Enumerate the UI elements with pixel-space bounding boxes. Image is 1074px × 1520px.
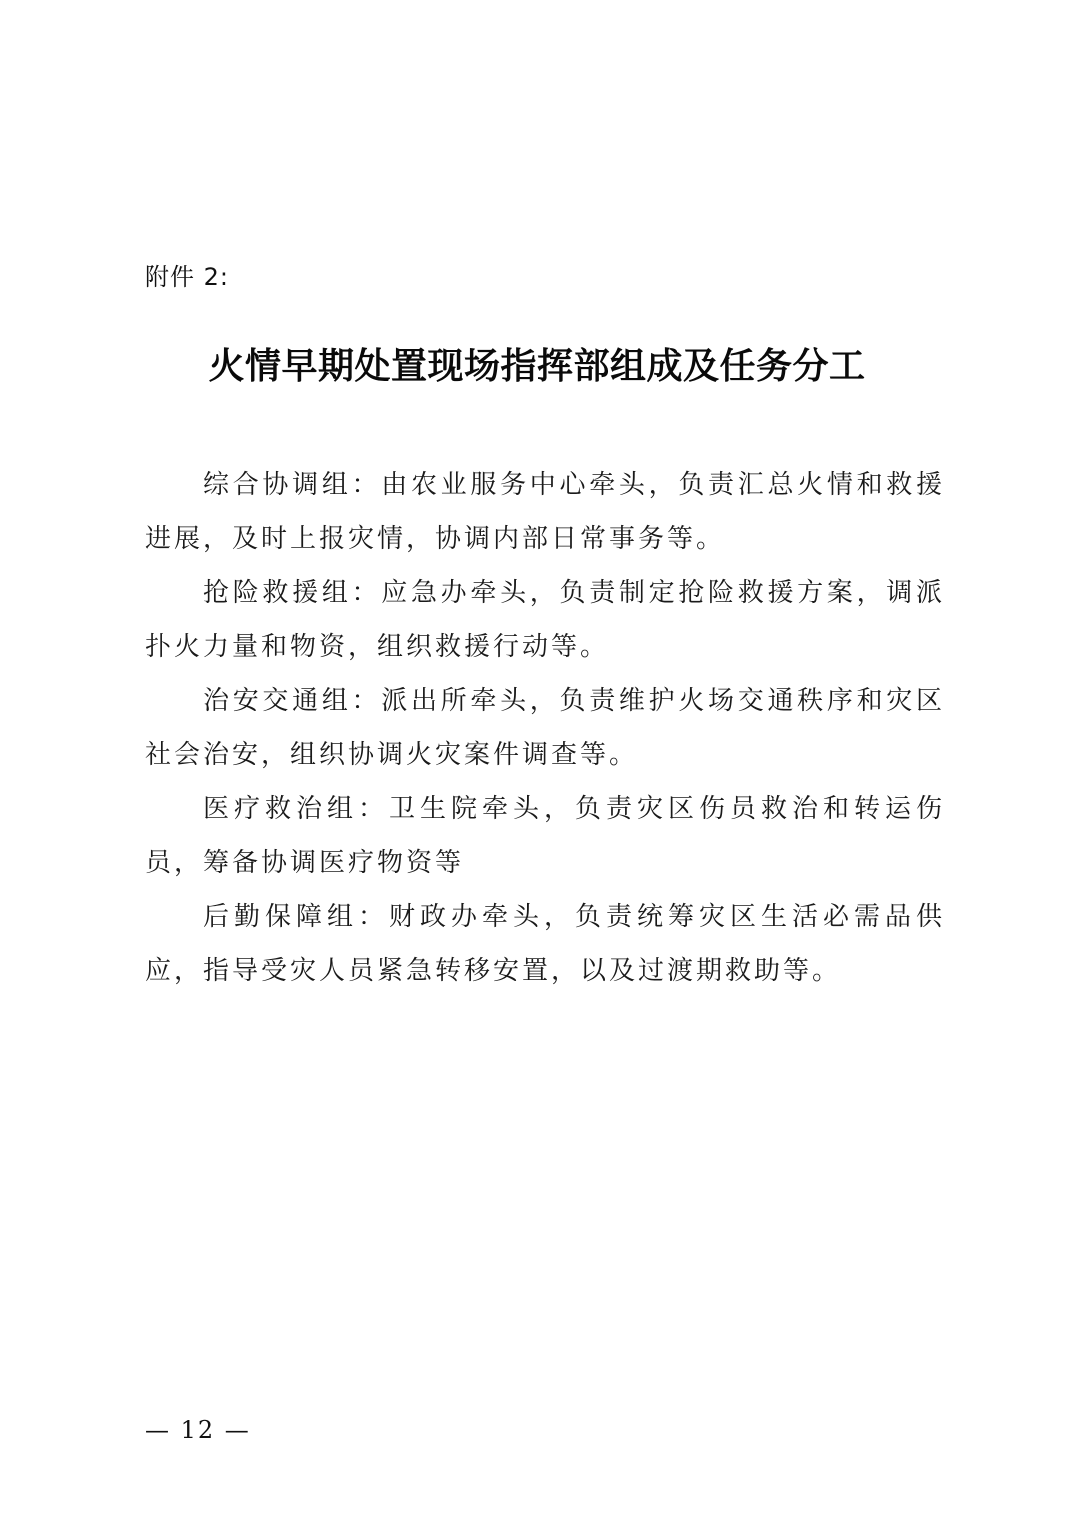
paragraph-medical-treatment: 医疗救治组：卫生院牵头，负责灾区伤员救治和转运伤员，筹备协调医疗物资等 xyxy=(145,782,945,890)
document-title: 火情早期处置现场指挥部组成及任务分工 xyxy=(0,338,1074,394)
page-number: — 12 — xyxy=(145,1414,251,1446)
paragraph-logistics: 后勤保障组：财政办牵头，负责统筹灾区生活必需品供应，指导受灾人员紧急转移安置，以… xyxy=(145,890,945,998)
paragraph-rescue: 抢险救援组：应急办牵头，负责制定抢险救援方案，调派扑火力量和物资，组织救援行动等… xyxy=(145,566,945,674)
attachment-label: 附件 2: xyxy=(145,260,229,294)
document-body: 综合协调组：由农业服务中心牵头，负责汇总火情和救援进展，及时上报灾情，协调内部日… xyxy=(145,458,945,998)
paragraph-security-traffic: 治安交通组：派出所牵头，负责维护火场交通秩序和灾区社会治安，组织协调火灾案件调查… xyxy=(145,674,945,782)
paragraph-comprehensive-coordination: 综合协调组：由农业服务中心牵头，负责汇总火情和救援进展，及时上报灾情，协调内部日… xyxy=(145,458,945,566)
document-page: 附件 2: 火情早期处置现场指挥部组成及任务分工 综合协调组：由农业服务中心牵头… xyxy=(0,0,1074,1520)
